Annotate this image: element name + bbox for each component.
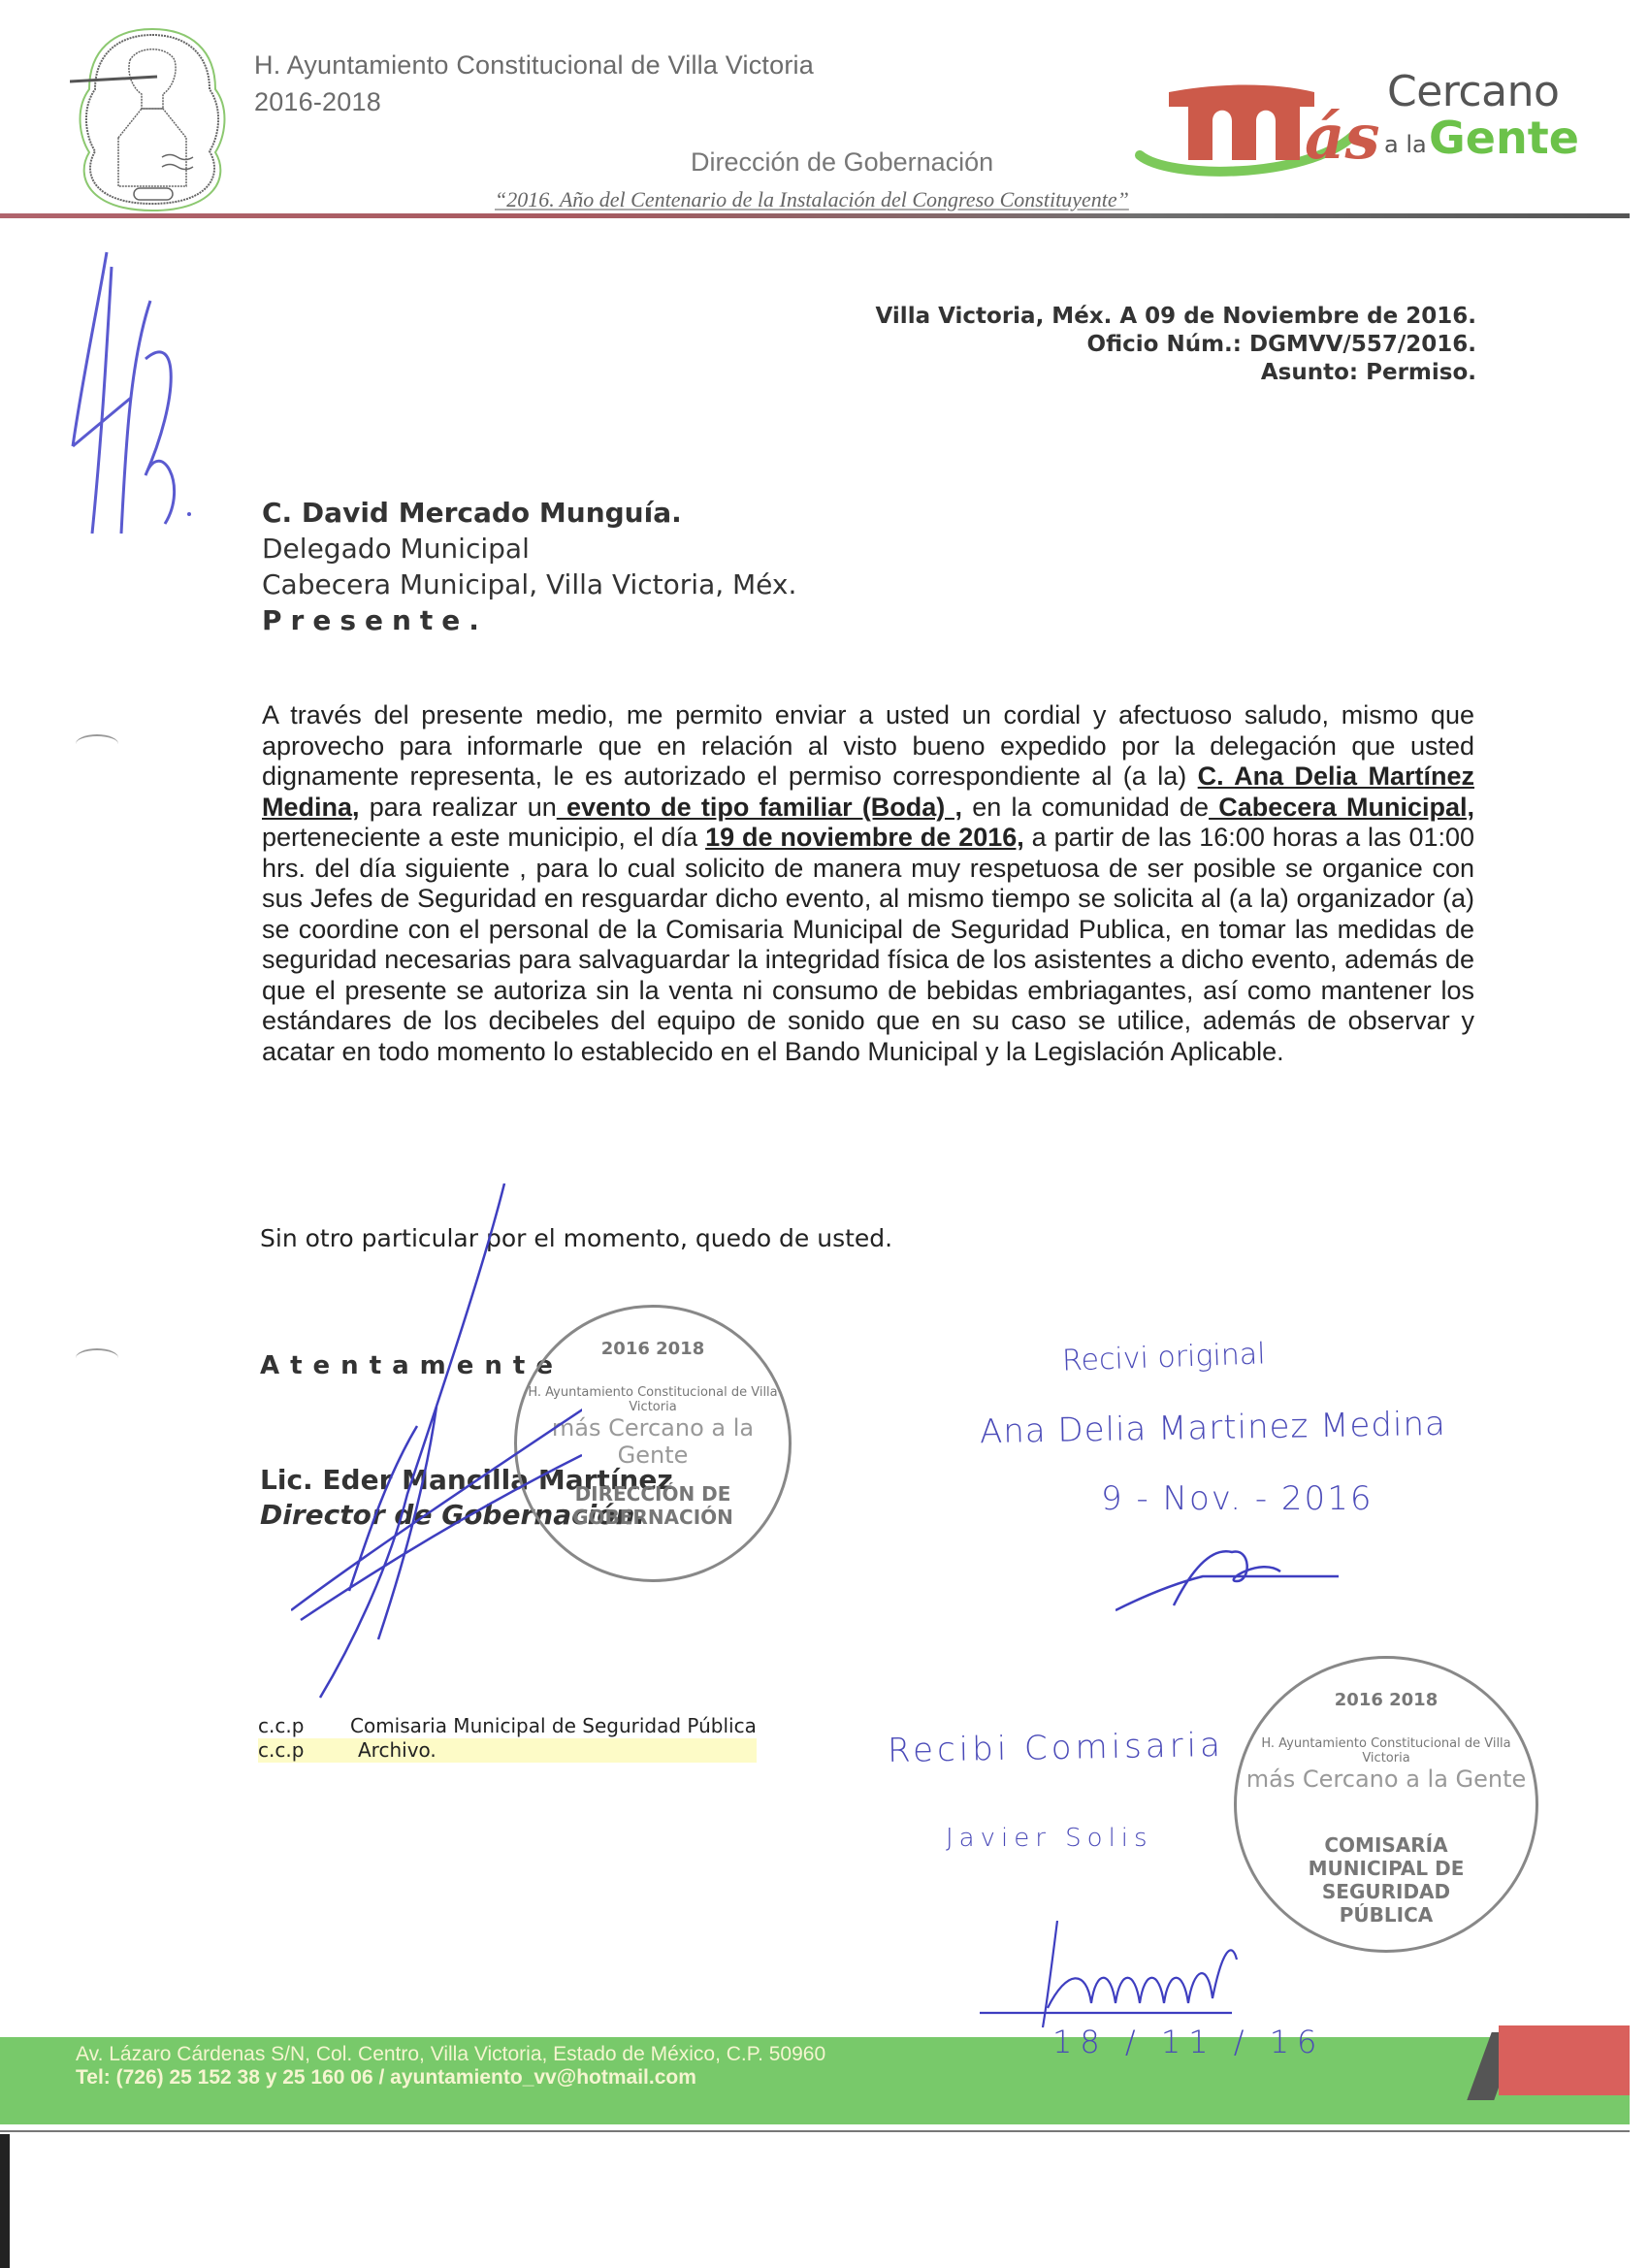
recipient-signature	[1115, 1538, 1348, 1615]
footer-address: Av. Lázaro Cárdenas S/N, Col. Centro, Vi…	[76, 2043, 825, 2066]
handwritten-receiver-name: Javier Solis	[946, 1824, 1153, 1853]
body-text-2: para realizar un	[360, 793, 557, 822]
comisaria-seal-stamp: 2016 2018 H. Ayuntamiento Constitucional…	[1234, 1656, 1538, 1953]
addressee-block: C. David Mercado Munguía. Delegado Munic…	[262, 495, 796, 638]
margin-initials-signature	[53, 243, 209, 534]
footer-divider	[0, 2130, 1630, 2132]
svg-text:ás: ás	[1305, 101, 1380, 174]
oficio-number: Oficio Núm.: DGMVV/557/2016.	[876, 331, 1476, 359]
stamp-years: 2016 2018	[1237, 1690, 1536, 1710]
stamp-unit: COMISARÍA MUNICIPAL DE SEGURIDAD PÚBLICA	[1237, 1833, 1536, 1927]
municipal-coat-of-arms-logo	[70, 21, 235, 215]
footer-accent-red	[1499, 2025, 1630, 2095]
punch-hole-mark	[76, 734, 118, 754]
letter-body: A través del presente medio, me permito …	[262, 700, 1474, 1067]
addressee-position: Delegado Municipal	[262, 531, 796, 567]
stamp-org: H. Ayuntamiento Constitucional de Villa …	[1237, 1736, 1536, 1766]
org-name: H. Ayuntamiento Constitucional de Villa …	[254, 47, 814, 83]
stamp-brand: más Cercano a la Gente	[1237, 1766, 1536, 1793]
document-reference-block: Villa Victoria, Méx. A 09 de Noviembre d…	[876, 303, 1476, 387]
addressee-location: Cabecera Municipal, Villa Victoria, Méx.	[262, 567, 796, 602]
body-text-3: en la comunidad de	[962, 793, 1209, 822]
handwritten-received-original: Recivi original	[1061, 1337, 1266, 1377]
cc-label: c.c.p	[258, 1738, 350, 1763]
punch-hole-mark	[76, 1348, 118, 1368]
subject: Asunto: Permiso.	[876, 359, 1476, 387]
receiver-signature	[980, 1921, 1300, 2037]
footer-contact: Av. Lázaro Cárdenas S/N, Col. Centro, Vi…	[76, 2043, 825, 2090]
community-name: Cabecera Municipal,	[1209, 793, 1474, 822]
department-name: Dirección de Gobernación	[691, 147, 993, 178]
brand-a-la: a la	[1384, 131, 1427, 158]
cc-row: c.c.p Comisaria Municipal de Seguridad P…	[258, 1714, 757, 1738]
org-term: 2016-2018	[254, 83, 814, 120]
director-signature	[291, 1183, 582, 1707]
handwritten-receipt-date: 9 - Nov. - 2016	[1101, 1479, 1373, 1518]
cc-recipient: Archivo.	[350, 1738, 436, 1763]
event-type: evento de tipo familiar (Boda) ,	[557, 793, 962, 822]
handwritten-received-comisaria: Recibi Comisaria	[888, 1726, 1225, 1770]
brand-logo: ás Cercano a la Gente	[1130, 53, 1586, 179]
handwritten-comisaria-date: 18 / 11 / 16	[1052, 2024, 1324, 2060]
cc-row: c.c.p Archivo.	[258, 1738, 757, 1763]
year-motto: “2016. Año del Centenario de la Instalac…	[495, 187, 1129, 212]
header-divider	[0, 213, 1630, 218]
cc-recipient: Comisaria Municipal de Seguridad Pública	[350, 1714, 757, 1738]
mas-arch-icon: ás	[1130, 53, 1392, 179]
place-date: Villa Victoria, Méx. A 09 de Noviembre d…	[876, 303, 1476, 331]
salutation: Presente.	[262, 602, 796, 638]
footer-phone-email: Tel: (726) 25 152 38 y 25 160 06 / ayunt…	[76, 2066, 825, 2090]
scan-edge-shadow	[0, 2134, 10, 2268]
handwritten-recipient-name: Ana Delia Martinez Medina	[980, 1405, 1446, 1451]
carbon-copy-list: c.c.p Comisaria Municipal de Seguridad P…	[258, 1714, 757, 1763]
addressee-name: C. David Mercado Munguía.	[262, 495, 796, 531]
body-text-4: perteneciente a este municipio, el día	[262, 823, 705, 852]
org-title: H. Ayuntamiento Constitucional de Villa …	[254, 47, 814, 120]
cc-label: c.c.p	[258, 1714, 350, 1738]
brand-cercano: Cercano	[1387, 67, 1559, 116]
body-text-5: a partir de las 16:00 horas a las 01:00 …	[262, 823, 1474, 1066]
event-date: 19 de noviembre de 2016,	[705, 823, 1024, 852]
brand-gente: Gente	[1429, 112, 1579, 164]
